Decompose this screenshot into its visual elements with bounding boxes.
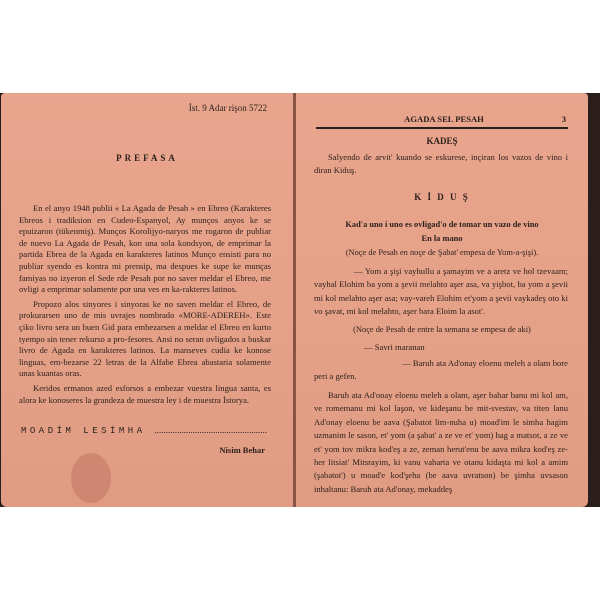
page-number: 3 <box>562 114 566 124</box>
note-2: (Noçe de Pesah de entre la semana se emp… <box>296 325 588 334</box>
instruction-line-2: En la mano <box>296 234 588 243</box>
instruction-line-1: Kad'a uno i uno es ovligad'o de tomar un… <box>296 220 588 229</box>
section-title-kidus: K İ D U Ş <box>296 192 588 202</box>
page-title: PREFASA <box>1 153 293 163</box>
running-header: AGADA SEL PESAH 3 <box>318 114 570 124</box>
header-title: AGADA SEL PESAH <box>404 114 484 124</box>
open-book: İst. 9 Adar rişon 5722 PREFASA En el any… <box>0 93 600 507</box>
note-1: (Noçe de Pesah en noçe de Şabat' empesa … <box>296 248 588 257</box>
right-page: AGADA SEL PESAH 3 KADEŞ Salyendo de arvi… <box>296 93 588 507</box>
blessing-1: — Yom a şişi vayhullu a şamayim ve a are… <box>314 265 568 323</box>
paragraph: Baruh ata Ad'onay eloenu meleh a olam, a… <box>314 389 568 496</box>
section-kades-text: Salyendo de arvit' kuando se eskurese, i… <box>314 151 568 182</box>
paragraph: Keridos ermanos azed esforsos a embezar … <box>19 383 271 406</box>
signature: Nisim Behar <box>219 445 265 455</box>
closing-dots: ........................................… <box>155 425 268 435</box>
paragraph: En el anyo 1948 publii « La Agada de Pes… <box>19 203 271 296</box>
header-rule <box>316 127 568 129</box>
blessing-2: — Baruh ata Ad'onay eloenu meleh a olam … <box>314 357 568 388</box>
blessing-3: Baruh ata Ad'onay eloenu meleh a olam, a… <box>314 389 568 500</box>
paragraph: Salyendo de arvit' kuando se eskurese, i… <box>314 151 568 178</box>
left-page: İst. 9 Adar rişon 5722 PREFASA En el any… <box>1 93 293 507</box>
closing-line: MOADİM LESİMHA .........................… <box>21 425 271 436</box>
paragraph: Propozo alos sinyores i sinyoras ke no s… <box>19 299 271 380</box>
savri: — Savri maranan <box>314 341 568 358</box>
preface-body: En el anyo 1948 publii « La Agada de Pes… <box>19 203 271 409</box>
stain <box>71 453 111 503</box>
section-title-kades: KADEŞ <box>296 136 588 146</box>
date-line: İst. 9 Adar rişon 5722 <box>189 103 267 113</box>
paragraph: — Baruh ata Ad'onay eloenu meleh a olam … <box>314 357 568 384</box>
paragraph: — Savri maranan <box>314 341 568 354</box>
paragraph: — Yom a şişi vayhullu a şamayim ve a are… <box>314 265 568 319</box>
closing-text: MOADİM LESİMHA <box>21 426 146 436</box>
